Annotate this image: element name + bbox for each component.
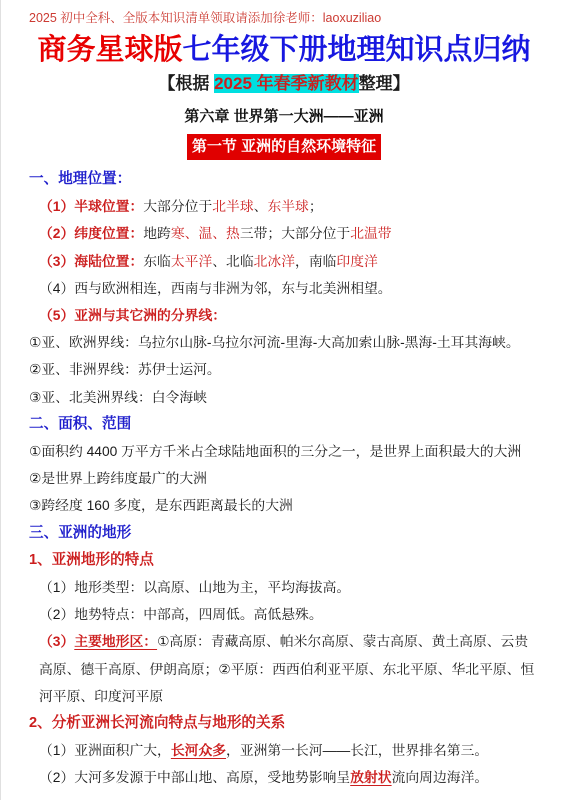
text-line: （2）纬度位置：地跨寒、温、热三带；大部分位于北温带 (29, 220, 539, 247)
text-segment: （2）地势特点：中部高，四周低。高低悬殊。 (39, 607, 323, 622)
text-segment: ②亚、非洲界线：苏伊士运河。 (29, 362, 221, 377)
text-segment: ①面积约 4400 万平方千米占全球陆地面积的三分之一，是世界上面积最大的大洲 (29, 444, 521, 459)
text-segment: （1）亚洲面积广大， (39, 743, 171, 758)
text-segment: 太平洋 (171, 254, 212, 269)
text-segment: （5）亚洲与其它洲的分界线： (39, 308, 226, 323)
text-segment: 、 (254, 199, 268, 214)
text-segment: 地跨 (143, 226, 171, 241)
text-segment: 长河众多 (171, 743, 226, 758)
text-line: ②是世界上跨纬度最广的大洲 (29, 465, 539, 492)
text-line: 2、分析亚洲长河流向特点与地形的关系 (29, 710, 539, 737)
text-segment: 三带；大部分位于 (240, 226, 350, 241)
text-segment: 大部分位于 (143, 199, 212, 214)
content-area: 一、地理位置：（1）半球位置：大部分位于北半球、东半球；（2）纬度位置：地跨寒、… (29, 166, 539, 792)
text-segment: ③跨经度 160 多度，是东西距离最长的大洲 (29, 498, 293, 513)
text-segment: ，南临 (295, 254, 336, 269)
text-segment: 放射状 (350, 770, 391, 785)
text-segment: （2）大河多发源于中部山地、高原，受地势影响呈 (39, 770, 350, 785)
text-line: （1）地形类型：以高原、山地为主，平均海拔高。 (29, 574, 539, 601)
text-segment: 一、地理位置： (29, 171, 131, 187)
text-segment: 北温带 (350, 226, 391, 241)
text-line: ③亚、北美洲界线：白令海峡 (29, 384, 539, 411)
text-segment: ，亚洲第一长河——长江，世界排名第三。 (226, 743, 488, 758)
text-segment: ③亚、北美洲界线：白令海峡 (29, 390, 207, 405)
text-segment: 二、面积、范围 (29, 416, 131, 432)
text-line: （3）主要地形区：①高原：青藏高原、帕米尔高原、蒙古高原、黄土高原、云贵高原、德… (29, 628, 539, 710)
document-title: 商务星球版七年级下册地理知识点归纳 (29, 31, 539, 69)
text-segment: ①亚、欧洲界线：乌拉尔山脉-乌拉尔河流-里海-大高加索山脉-黑海-土耳其海峡。 (29, 335, 520, 350)
text-segment: 东临 (143, 254, 171, 269)
text-segment: ； (309, 199, 323, 214)
chapter-heading: 第六章 世界第一大洲——亚洲 (29, 105, 539, 129)
text-segment: 寒、温、热 (171, 226, 240, 241)
text-segment: 2、分析亚洲长河流向特点与地形的关系 (29, 715, 285, 731)
text-segment: 三、亚洲的地形 (29, 525, 131, 541)
text-segment: 流向周边海洋。 (392, 770, 489, 785)
text-segment: 印度洋 (336, 254, 377, 269)
document-subtitle: 【根据 2025 年春季新教材整理】 (29, 71, 539, 97)
text-segment: 1、亚洲地形的特点 (29, 552, 154, 568)
text-segment: 北冰洋 (254, 254, 295, 269)
text-line: （1）半球位置：大部分位于北半球、东半球； (29, 193, 539, 220)
text-segment: （3） (39, 634, 74, 649)
text-segment: （2）纬度位置： (39, 226, 143, 241)
text-line: （1）亚洲面积广大，长河众多，亚洲第一长河——长江，世界排名第三。 (29, 737, 539, 764)
text-line: 一、地理位置： (29, 166, 539, 193)
text-segment: （3）海陆位置： (39, 254, 143, 269)
text-segment: 整理】 (359, 74, 410, 93)
text-segment: （1）半球位置： (39, 199, 143, 214)
text-line: 二、面积、范围 (29, 411, 539, 438)
text-segment: 东半球 (267, 199, 308, 214)
section-heading-row: 第一节 亚洲的自然环境特征 (29, 134, 539, 160)
text-line: （4）西与欧洲相连，西南与非洲为邻，东与北美洲相望。 (29, 275, 539, 302)
text-line: （2）地势特点：中部高，四周低。高低悬殊。 (29, 601, 539, 628)
text-segment: 北半球 (212, 199, 253, 214)
text-segment: 2025 年春季新教材 (214, 74, 359, 93)
text-line: ②亚、非洲界线：苏伊士运河。 (29, 356, 539, 383)
text-line: （2）大河多发源于中部山地、高原，受地势影响呈放射状流向周边海洋。 (29, 764, 539, 791)
section-heading: 第一节 亚洲的自然环境特征 (187, 134, 381, 160)
text-line: ①面积约 4400 万平方千米占全球陆地面积的三分之一，是世界上面积最大的大洲 (29, 438, 539, 465)
text-segment: （1）地形类型：以高原、山地为主，平均海拔高。 (39, 580, 350, 595)
promo-notice: 2025 初中全科、全版本知识清单领取请添加徐老师：laoxuziliao (29, 9, 539, 27)
text-segment: 七年级下册地理知识点归纳 (183, 34, 531, 66)
text-segment: ②是世界上跨纬度最广的大洲 (29, 471, 207, 486)
text-line: 三、亚洲的地形 (29, 520, 539, 547)
text-segment: 主要地形区： (74, 634, 157, 649)
text-segment: （4）西与欧洲相连，西南与非洲为邻，东与北美洲相望。 (39, 281, 392, 296)
text-segment: 商务星球版 (37, 34, 182, 66)
text-line: 1、亚洲地形的特点 (29, 547, 539, 574)
text-line: ③跨经度 160 多度，是东西距离最长的大洲 (29, 492, 539, 519)
text-line: （5）亚洲与其它洲的分界线： (29, 302, 539, 329)
text-segment: 、北临 (212, 254, 253, 269)
text-segment: 【根据 (158, 74, 214, 93)
document-page: 2025 初中全科、全版本知识清单领取请添加徐老师：laoxuziliao 商务… (0, 0, 566, 800)
text-line: （3）海陆位置：东临太平洋、北临北冰洋，南临印度洋 (29, 248, 539, 275)
text-line: ①亚、欧洲界线：乌拉尔山脉-乌拉尔河流-里海-大高加索山脉-黑海-土耳其海峡。 (29, 329, 539, 356)
